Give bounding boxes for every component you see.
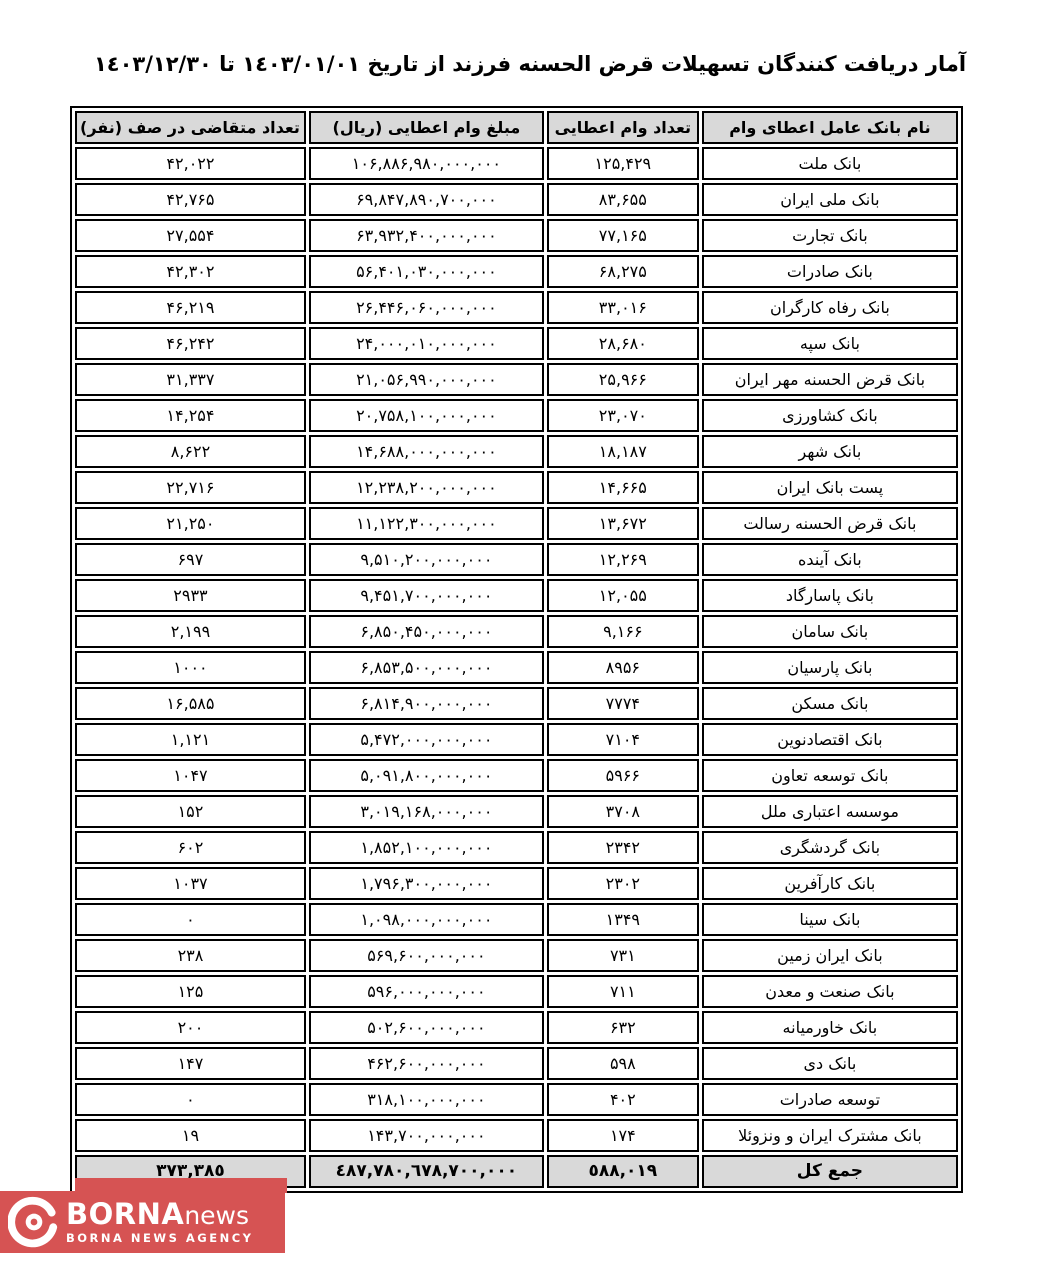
- bank-name-cell: بانک کارآفرین: [702, 867, 958, 900]
- brand-suffix: news: [184, 1201, 249, 1230]
- table-row: بانک تجارت ۷۷,۱۶۵ ۶۳,۹۳۲,۴۰۰,۰۰۰,۰۰۰ ۲۷,…: [75, 219, 958, 252]
- loan-count-cell: ۶۸,۲۷۵: [547, 255, 699, 288]
- loan-amount-cell: ۳,۰۱۹,۱۶۸,۰۰۰,۰۰۰: [309, 795, 544, 828]
- loan-amount-cell: ۶,۸۱۴,۹۰۰,۰۰۰,۰۰۰: [309, 687, 544, 720]
- queue-count-cell: ۲۲,۷۱۶: [75, 471, 306, 504]
- queue-count-cell: ۲۷,۵۵۴: [75, 219, 306, 252]
- table-row: بانک مسکن ۷۷۷۴ ۶,۸۱۴,۹۰۰,۰۰۰,۰۰۰ ۱۶,۵۸۵: [75, 687, 958, 720]
- total-label-cell: جمع کل: [702, 1155, 958, 1188]
- loan-count-cell: ۲۸,۶۸۰: [547, 327, 699, 360]
- loan-amount-cell: ۹,۵۱۰,۲۰۰,۰۰۰,۰۰۰: [309, 543, 544, 576]
- bank-name-cell: بانک ایران زمین: [702, 939, 958, 972]
- queue-count-cell: ۲,۱۹۹: [75, 615, 306, 648]
- loan-count-cell: ۲۵,۹۶۶: [547, 363, 699, 396]
- table-row: بانک ملی ایران ۸۳,۶۵۵ ۶۹,۸۴۷,۸۹۰,۷۰۰,۰۰۰…: [75, 183, 958, 216]
- brand-subtitle: BORNA NEWS AGENCY: [66, 1233, 253, 1245]
- loan-amount-cell: ۵,۰۹۱,۸۰۰,۰۰۰,۰۰۰: [309, 759, 544, 792]
- col-header-bank-name: نام بانک عامل اعطای وام: [702, 111, 958, 144]
- brand-name: BORNA: [66, 1197, 184, 1231]
- loan-count-cell: ۶۳۲: [547, 1011, 699, 1044]
- total-loan-count-cell: ٥٨٨,٠١٩: [547, 1155, 699, 1188]
- loan-count-cell: ۱۲۵,۴۲۹: [547, 147, 699, 180]
- table-row: بانک سپه ۲۸,۶۸۰ ۲۴,۰۰۰,۰۱۰,۰۰۰,۰۰۰ ۴۶,۲۴…: [75, 327, 958, 360]
- bank-name-cell: بانک دی: [702, 1047, 958, 1080]
- table-row: بانک صنعت و معدن ۷۱۱ ۵۹۶,۰۰۰,۰۰۰,۰۰۰ ۱۲۵: [75, 975, 958, 1008]
- loan-count-cell: ۹,۱۶۶: [547, 615, 699, 648]
- queue-count-cell: ۴۲,۰۲۲: [75, 147, 306, 180]
- table-row: بانک کارآفرین ۲۳۰۲ ۱,۷۹۶,۳۰۰,۰۰۰,۰۰۰ ۱۰۳…: [75, 867, 958, 900]
- queue-count-cell: ۱۵۲: [75, 795, 306, 828]
- table-row: بانک سامان ۹,۱۶۶ ۶,۸۵۰,۴۵۰,۰۰۰,۰۰۰ ۲,۱۹۹: [75, 615, 958, 648]
- loan-amount-cell: ۱۴۳,۷۰۰,۰۰۰,۰۰۰: [309, 1119, 544, 1152]
- table-row: بانک رفاه کارگران ۳۳,۰۱۶ ۲۶,۴۴۶,۰۶۰,۰۰۰,…: [75, 291, 958, 324]
- loan-amount-cell: ۵۹۶,۰۰۰,۰۰۰,۰۰۰: [309, 975, 544, 1008]
- loan-amount-cell: ۶,۸۵۳,۵۰۰,۰۰۰,۰۰۰: [309, 651, 544, 684]
- queue-count-cell: ۱۲۵: [75, 975, 306, 1008]
- table-row: توسعه صادرات ۴۰۲ ۳۱۸,۱۰۰,۰۰۰,۰۰۰ ۰: [75, 1083, 958, 1116]
- loan-amount-cell: ۴۶۲,۶۰۰,۰۰۰,۰۰۰: [309, 1047, 544, 1080]
- queue-count-cell: ۱۰۰۰: [75, 651, 306, 684]
- total-loan-amount-cell: ٤٨٧,٧٨٠,٦٧٨,٧٠٠,٠٠٠: [309, 1155, 544, 1188]
- loan-amount-cell: ۶۹,۸۴۷,۸۹۰,۷۰۰,۰۰۰: [309, 183, 544, 216]
- table-row: پست بانک ایران ۱۴,۶۶۵ ۱۲,۲۳۸,۲۰۰,۰۰۰,۰۰۰…: [75, 471, 958, 504]
- queue-count-cell: ۱۰۴۷: [75, 759, 306, 792]
- loan-count-cell: ۵۹۸: [547, 1047, 699, 1080]
- queue-count-cell: ۶۰۲: [75, 831, 306, 864]
- loan-count-cell: ۷۱۰۴: [547, 723, 699, 756]
- bank-name-cell: بانک اقتصادنوین: [702, 723, 958, 756]
- loan-count-cell: ۱۷۴: [547, 1119, 699, 1152]
- table-row: بانک خاورمیانه ۶۳۲ ۵۰۲,۶۰۰,۰۰۰,۰۰۰ ۲۰۰: [75, 1011, 958, 1044]
- table-row: بانک شهر ۱۸,۱۸۷ ۱۴,۶۸۸,۰۰۰,۰۰۰,۰۰۰ ۸,۶۲۲: [75, 435, 958, 468]
- page-title: آمار دریافت کنندگان تسهیلات قرض الحسنه ف…: [0, 52, 1060, 76]
- table-row: بانک کشاورزی ۲۳,۰۷۰ ۲۰,۷۵۸,۱۰۰,۰۰۰,۰۰۰ ۱…: [75, 399, 958, 432]
- loan-amount-cell: ۱,۰۹۸,۰۰۰,۰۰۰,۰۰۰: [309, 903, 544, 936]
- table-row: بانک توسعه تعاون ۵۹۶۶ ۵,۰۹۱,۸۰۰,۰۰۰,۰۰۰ …: [75, 759, 958, 792]
- queue-count-cell: ۱,۱۲۱: [75, 723, 306, 756]
- loan-count-cell: ۷۳۱: [547, 939, 699, 972]
- table-row: بانک قرض الحسنه مهر ایران ۲۵,۹۶۶ ۲۱,۰۵۶,…: [75, 363, 958, 396]
- bank-name-cell: بانک مسکن: [702, 687, 958, 720]
- loan-amount-cell: ۵۶,۴۰۱,۰۳۰,۰۰۰,۰۰۰: [309, 255, 544, 288]
- col-header-loan-amount: مبلغ وام اعطایی (ریال): [309, 111, 544, 144]
- bank-name-cell: بانک سامان: [702, 615, 958, 648]
- queue-count-cell: ۴۶,۲۱۹: [75, 291, 306, 324]
- loan-count-cell: ۸۹۵۶: [547, 651, 699, 684]
- bank-name-cell: موسسه اعتباری ملل: [702, 795, 958, 828]
- loan-amount-cell: ۱۲,۲۳۸,۲۰۰,۰۰۰,۰۰۰: [309, 471, 544, 504]
- table-row: بانک ملت ۱۲۵,۴۲۹ ۱۰۶,۸۸۶,۹۸۰,۰۰۰,۰۰۰ ۴۲,…: [75, 147, 958, 180]
- loan-statistics-table: نام بانک عامل اعطای وام تعداد وام اعطایی…: [70, 106, 963, 1193]
- bank-name-cell: بانک سینا: [702, 903, 958, 936]
- table-row: بانک پارسیان ۸۹۵۶ ۶,۸۵۳,۵۰۰,۰۰۰,۰۰۰ ۱۰۰۰: [75, 651, 958, 684]
- borna-news-logo: BORNAnews BORNA NEWS AGENCY: [0, 1191, 285, 1253]
- loan-count-cell: ۷۷۷۴: [547, 687, 699, 720]
- loan-count-cell: ۵۹۶۶: [547, 759, 699, 792]
- loan-amount-cell: ۳۱۸,۱۰۰,۰۰۰,۰۰۰: [309, 1083, 544, 1116]
- bank-name-cell: بانک خاورمیانه: [702, 1011, 958, 1044]
- table-row: بانک دی ۵۹۸ ۴۶۲,۶۰۰,۰۰۰,۰۰۰ ۱۴۷: [75, 1047, 958, 1080]
- table-header: نام بانک عامل اعطای وام تعداد وام اعطایی…: [75, 111, 958, 144]
- bank-name-cell: بانک ملت: [702, 147, 958, 180]
- loan-amount-cell: ۱,۸۵۲,۱۰۰,۰۰۰,۰۰۰: [309, 831, 544, 864]
- loan-count-cell: ۴۰۲: [547, 1083, 699, 1116]
- bank-name-cell: پست بانک ایران: [702, 471, 958, 504]
- queue-count-cell: ۱۴۷: [75, 1047, 306, 1080]
- queue-count-cell: ۱۴,۲۵۴: [75, 399, 306, 432]
- col-header-queue-count: تعداد متقاضی در صف (نفر): [75, 111, 306, 144]
- bank-name-cell: بانک آینده: [702, 543, 958, 576]
- queue-count-cell: ۴۲,۷۶۵: [75, 183, 306, 216]
- bank-name-cell: بانک کشاورزی: [702, 399, 958, 432]
- loan-count-cell: ۱۳۴۹: [547, 903, 699, 936]
- loan-amount-cell: ۲۶,۴۴۶,۰۶۰,۰۰۰,۰۰۰: [309, 291, 544, 324]
- loan-count-cell: ۷۱۱: [547, 975, 699, 1008]
- table-row: بانک صادرات ۶۸,۲۷۵ ۵۶,۴۰۱,۰۳۰,۰۰۰,۰۰۰ ۴۲…: [75, 255, 958, 288]
- bank-name-cell: بانک قرض الحسنه رسالت: [702, 507, 958, 540]
- queue-count-cell: ۱۰۳۷: [75, 867, 306, 900]
- bank-name-cell: بانک رفاه کارگران: [702, 291, 958, 324]
- table-row: بانک سینا ۱۳۴۹ ۱,۰۹۸,۰۰۰,۰۰۰,۰۰۰ ۰: [75, 903, 958, 936]
- table-row: بانک قرض الحسنه رسالت ۱۳,۶۷۲ ۱۱,۱۲۲,۳۰۰,…: [75, 507, 958, 540]
- queue-count-cell: ۲۹۳۳: [75, 579, 306, 612]
- loan-amount-cell: ۹,۴۵۱,۷۰۰,۰۰۰,۰۰۰: [309, 579, 544, 612]
- loan-count-cell: ۱۲,۲۶۹: [547, 543, 699, 576]
- queue-count-cell: ۰: [75, 1083, 306, 1116]
- loan-count-cell: ۱۴,۶۶۵: [547, 471, 699, 504]
- col-header-loan-count: تعداد وام اعطایی: [547, 111, 699, 144]
- bank-name-cell: بانک گردشگری: [702, 831, 958, 864]
- table-row: بانک ایران زمین ۷۳۱ ۵۶۹,۶۰۰,۰۰۰,۰۰۰ ۲۳۸: [75, 939, 958, 972]
- loan-amount-cell: ۵۶۹,۶۰۰,۰۰۰,۰۰۰: [309, 939, 544, 972]
- table-row: بانک مشترک ایران و ونزوئلا ۱۷۴ ۱۴۳,۷۰۰,۰…: [75, 1119, 958, 1152]
- bank-name-cell: بانک شهر: [702, 435, 958, 468]
- loan-amount-cell: ۶,۸۵۰,۴۵۰,۰۰۰,۰۰۰: [309, 615, 544, 648]
- queue-count-cell: ۸,۶۲۲: [75, 435, 306, 468]
- queue-count-cell: ۲۱,۲۵۰: [75, 507, 306, 540]
- loan-count-cell: ۲۳,۰۷۰: [547, 399, 699, 432]
- header-row: نام بانک عامل اعطای وام تعداد وام اعطایی…: [75, 111, 958, 144]
- bank-name-cell: بانک سپه: [702, 327, 958, 360]
- queue-count-cell: ۲۳۸: [75, 939, 306, 972]
- loan-amount-cell: ۲۰,۷۵۸,۱۰۰,۰۰۰,۰۰۰: [309, 399, 544, 432]
- queue-count-cell: ۳۱,۳۳۷: [75, 363, 306, 396]
- loan-count-cell: ۲۳۰۲: [547, 867, 699, 900]
- loan-amount-cell: ۶۳,۹۳۲,۴۰۰,۰۰۰,۰۰۰: [309, 219, 544, 252]
- loan-count-cell: ۲۳۴۲: [547, 831, 699, 864]
- borna-wordmark: BORNAnews BORNA NEWS AGENCY: [66, 1200, 253, 1245]
- queue-count-cell: ۴۶,۲۴۲: [75, 327, 306, 360]
- queue-count-cell: ۲۰۰: [75, 1011, 306, 1044]
- bank-name-cell: بانک قرض الحسنه مهر ایران: [702, 363, 958, 396]
- queue-count-cell: ۱۹: [75, 1119, 306, 1152]
- loan-amount-cell: ۱۴,۶۸۸,۰۰۰,۰۰۰,۰۰۰: [309, 435, 544, 468]
- table-row: بانک پاسارگاد ۱۲,۰۵۵ ۹,۴۵۱,۷۰۰,۰۰۰,۰۰۰ ۲…: [75, 579, 958, 612]
- bank-name-cell: بانک پاسارگاد: [702, 579, 958, 612]
- loan-count-cell: ۱۸,۱۸۷: [547, 435, 699, 468]
- loan-amount-cell: ۲۱,۰۵۶,۹۹۰,۰۰۰,۰۰۰: [309, 363, 544, 396]
- queue-count-cell: ۶۹۷: [75, 543, 306, 576]
- bank-name-cell: بانک توسعه تعاون: [702, 759, 958, 792]
- bank-name-cell: بانک پارسیان: [702, 651, 958, 684]
- bank-name-cell: توسعه صادرات: [702, 1083, 958, 1116]
- loan-amount-cell: ۱۰۶,۸۸۶,۹۸۰,۰۰۰,۰۰۰: [309, 147, 544, 180]
- borna-eye-icon: [8, 1196, 60, 1248]
- queue-count-cell: ۱۶,۵۸۵: [75, 687, 306, 720]
- loan-count-cell: ۳۷۰۸: [547, 795, 699, 828]
- loan-count-cell: ۳۳,۰۱۶: [547, 291, 699, 324]
- loan-count-cell: ۱۲,۰۵۵: [547, 579, 699, 612]
- loan-amount-cell: ۱۱,۱۲۲,۳۰۰,۰۰۰,۰۰۰: [309, 507, 544, 540]
- loan-count-cell: ۱۳,۶۷۲: [547, 507, 699, 540]
- bank-name-cell: بانک تجارت: [702, 219, 958, 252]
- loan-amount-cell: ۱,۷۹۶,۳۰۰,۰۰۰,۰۰۰: [309, 867, 544, 900]
- bank-name-cell: بانک صنعت و معدن: [702, 975, 958, 1008]
- table-row: بانک آینده ۱۲,۲۶۹ ۹,۵۱۰,۲۰۰,۰۰۰,۰۰۰ ۶۹۷: [75, 543, 958, 576]
- bank-name-cell: بانک ملی ایران: [702, 183, 958, 216]
- bank-name-cell: بانک صادرات: [702, 255, 958, 288]
- loan-count-cell: ۸۳,۶۵۵: [547, 183, 699, 216]
- loan-count-cell: ۷۷,۱۶۵: [547, 219, 699, 252]
- table-body: بانک ملت ۱۲۵,۴۲۹ ۱۰۶,۸۸۶,۹۸۰,۰۰۰,۰۰۰ ۴۲,…: [75, 147, 958, 1152]
- loan-amount-cell: ۲۴,۰۰۰,۰۱۰,۰۰۰,۰۰۰: [309, 327, 544, 360]
- loan-amount-cell: ۵۰۲,۶۰۰,۰۰۰,۰۰۰: [309, 1011, 544, 1044]
- bank-name-cell: بانک مشترک ایران و ونزوئلا: [702, 1119, 958, 1152]
- queue-count-cell: ۰: [75, 903, 306, 936]
- queue-count-cell: ۴۲,۳۰۲: [75, 255, 306, 288]
- table-row: موسسه اعتباری ملل ۳۷۰۸ ۳,۰۱۹,۱۶۸,۰۰۰,۰۰۰…: [75, 795, 958, 828]
- loan-amount-cell: ۵,۴۷۲,۰۰۰,۰۰۰,۰۰۰: [309, 723, 544, 756]
- table-row: بانک اقتصادنوین ۷۱۰۴ ۵,۴۷۲,۰۰۰,۰۰۰,۰۰۰ ۱…: [75, 723, 958, 756]
- table-row: بانک گردشگری ۲۳۴۲ ۱,۸۵۲,۱۰۰,۰۰۰,۰۰۰ ۶۰۲: [75, 831, 958, 864]
